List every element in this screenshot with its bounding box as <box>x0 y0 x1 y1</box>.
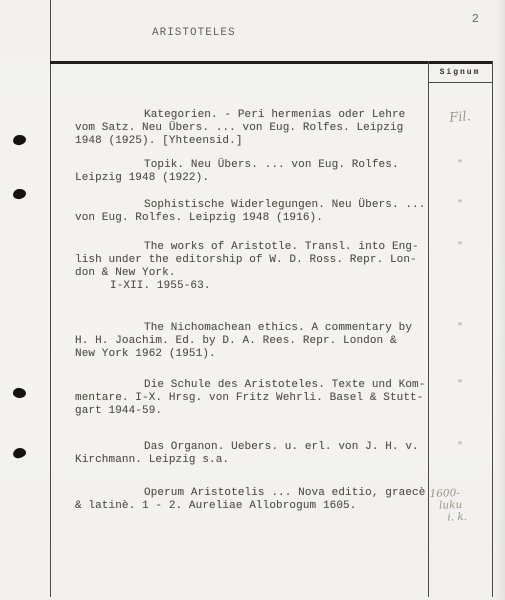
entry-line: Kategorien. - Peri hermenias oder Lehre <box>75 109 425 122</box>
entry-line: Die Schule des Aristoteles. Texte und Ko… <box>75 379 425 392</box>
entry-line: H. H. Joachim. Ed. by D. A. Rees. Repr. … <box>75 335 425 348</box>
hole-punch-mark <box>12 188 27 200</box>
signum-handwritten-note: Fil. <box>429 107 490 127</box>
signum-ditto-mark: ″ <box>430 241 490 251</box>
entry-line: lish under the editorship of W. D. Ross.… <box>75 254 425 267</box>
catalog-entry: Sophistische Widerlegungen. Neu Übers. .… <box>50 199 428 225</box>
entry-line: von Eug. Rolfes. Leipzig 1948 (1916). <box>75 212 425 225</box>
entry-line: Kirchmann. Leipzig s.a. <box>75 454 425 467</box>
entry-line: New York 1962 (1951). <box>75 348 425 361</box>
entry-line: 1948 (1925). [Yhteensid.] <box>75 135 425 148</box>
page-number: 2 <box>472 12 479 26</box>
catalog-entry: The works of Aristotle. Transl. into Eng… <box>50 241 428 293</box>
signum-ditto-mark: ″ <box>430 441 490 451</box>
signum-column-divider <box>428 61 429 597</box>
entry-line: The works of Aristotle. Transl. into Eng… <box>75 241 425 254</box>
signum-ditto-mark: ″ <box>430 159 490 169</box>
entry-line: Leipzig 1948 (1922). <box>75 172 425 185</box>
entry-line: Das Organon. Uebers. u. erl. von J. H. v… <box>75 441 425 454</box>
entry-line: don & New York. <box>75 267 425 280</box>
page-title: ARISTOTELES <box>152 27 236 39</box>
table-top-rule <box>50 61 493 64</box>
signum-hand-line: i. k. <box>447 510 490 523</box>
signum-ditto-mark: ″ <box>430 379 490 389</box>
catalog-entry: The Nichomachean ethics. A commentary by… <box>50 322 428 361</box>
hole-punch-mark <box>13 387 27 398</box>
catalog-entry: Topik. Neu Übers. ... von Eug. Rolfes.Le… <box>50 159 428 185</box>
catalog-entry: Das Organon. Uebers. u. erl. von J. H. v… <box>50 441 428 467</box>
catalog-entry: Kategorien. - Peri hermenias oder Lehrev… <box>50 109 428 148</box>
catalog-card-page: 2 ARISTOTELES Signum Kategorien. - Peri … <box>0 0 505 600</box>
entry-line: vom Satz. Neu Übers. ... von Eug. Rolfes… <box>75 122 425 135</box>
hole-punch-mark <box>12 447 27 459</box>
entry-line: mentare. I-X. Hrsg. von Fritz Wehrli. Ba… <box>75 392 425 405</box>
table-right-border <box>492 61 493 597</box>
entry-line: Operum Aristotelis ... Nova editio, grae… <box>75 487 425 500</box>
signum-header-underline <box>428 82 493 83</box>
entry-line: I-XII. 1955-63. <box>75 280 425 293</box>
signum-handwritten-note: 1600-lukui. k. <box>429 486 490 524</box>
signum-column-header: Signum <box>428 68 492 77</box>
signum-ditto-mark: ″ <box>430 199 490 209</box>
catalog-entry: Operum Aristotelis ... Nova editio, grae… <box>50 487 428 513</box>
scan-edge-shadow <box>495 0 505 600</box>
catalog-entry: Die Schule des Aristoteles. Texte und Ko… <box>50 379 428 418</box>
entry-line: Sophistische Widerlegungen. Neu Übers. .… <box>75 199 425 212</box>
entry-line: The Nichomachean ethics. A commentary by <box>75 322 425 335</box>
signum-ditto-mark: ″ <box>430 322 490 332</box>
entry-line: Topik. Neu Übers. ... von Eug. Rolfes. <box>75 159 425 172</box>
entry-line: gart 1944-59. <box>75 405 425 418</box>
hole-punch-mark <box>12 134 27 146</box>
entry-line: & latinè. 1 - 2. Aureliae Allobrogum 160… <box>75 500 425 513</box>
